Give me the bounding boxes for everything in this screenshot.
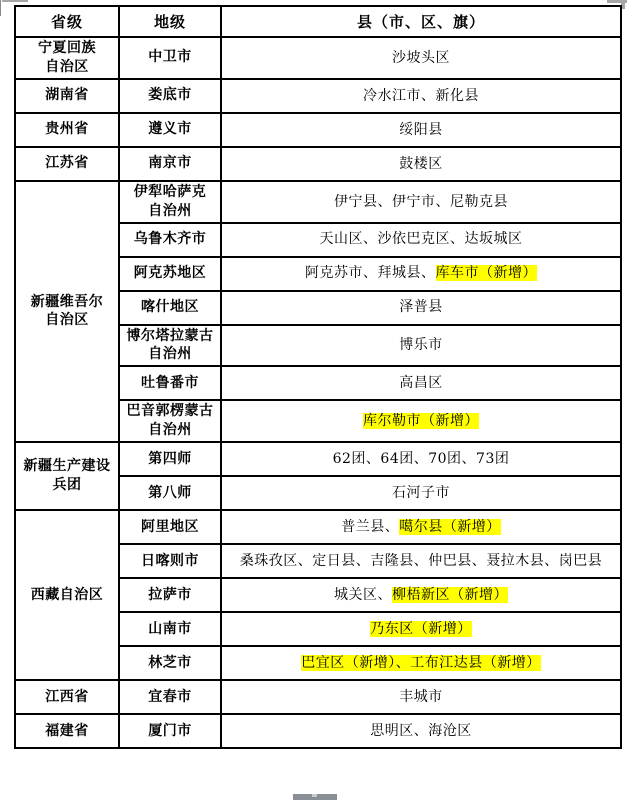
prefecture-cell: 日喀则市: [119, 544, 221, 578]
crop-artifact-top-left: [2, 0, 28, 2]
prefecture-cell: 第四师: [119, 442, 221, 476]
table-row: 贵州省遵义市绥阳县: [15, 113, 621, 147]
province-cell: 福建省: [15, 714, 119, 748]
table-row: 西藏自治区阿里地区普兰县、噶尔县（新增）: [15, 510, 621, 544]
county-cell: 鼓楼区: [221, 147, 621, 181]
province-cell: 湖南省: [15, 79, 119, 113]
prefecture-cell: 拉萨市: [119, 578, 221, 612]
prefecture-cell: 厦门市: [119, 714, 221, 748]
county-cell: 博乐市: [221, 325, 621, 367]
prefecture-cell: 喀什地区: [119, 291, 221, 325]
prefecture-cell: 中卫市: [119, 37, 221, 79]
county-segment-highlighted: 巴宜区（新增）、工布江达县（新增）: [301, 655, 541, 671]
document-page: { "colors": { "highlight": "#FFFF00", "b…: [0, 0, 633, 800]
county-cell: 乃东区（新增）: [221, 612, 621, 646]
province-cell: 贵州省: [15, 113, 119, 147]
page-indicator-partial[interactable]: [293, 794, 337, 800]
prefecture-cell: 吐鲁番市: [119, 366, 221, 400]
county-segment: 沙坡头区: [392, 50, 450, 66]
province-cell: 新疆维吾尔 自治区: [15, 181, 119, 442]
county-cell: 阿克苏市、拜城县、库车市（新增）: [221, 257, 621, 291]
crop-artifact-left-edge: [0, 0, 1, 16]
prefecture-cell: 伊犁哈萨克 自治州: [119, 181, 221, 223]
county-segment: 桑珠孜区、定日县、吉隆县、仲巴县、聂拉木县、岗巴县: [240, 553, 603, 569]
county-segment: 泽普县: [399, 299, 443, 315]
province-cell: 江苏省: [15, 147, 119, 181]
county-segment-highlighted: 库车市（新增）: [436, 265, 538, 281]
table-row: 湖南省娄底市冷水江市、新化县: [15, 79, 621, 113]
county-segment-highlighted: 乃东区（新增）: [370, 621, 472, 637]
prefecture-cell: 博尔塔拉蒙古 自治州: [119, 325, 221, 367]
admin-divisions-table: 省级 地级 县（市、区、旗） 宁夏回族 自治区中卫市沙坡头区湖南省娄底市冷水江市…: [14, 5, 622, 749]
county-cell: 62团、64团、70团、73团: [221, 442, 621, 476]
header-province: 省级: [15, 6, 119, 37]
county-segment-highlighted: 库尔勒市（新增）: [363, 413, 479, 429]
prefecture-cell: 娄底市: [119, 79, 221, 113]
county-segment: 伊宁县、伊宁市、尼勒克县: [334, 194, 508, 210]
county-cell: 冷水江市、新化县: [221, 79, 621, 113]
county-segment: 62团、64团、70团、73团: [333, 451, 510, 467]
county-segment-highlighted: 噶尔县（新增）: [399, 519, 501, 535]
prefecture-cell: 乌鲁木齐市: [119, 223, 221, 257]
prefecture-cell: 山南市: [119, 612, 221, 646]
county-cell: 沙坡头区: [221, 37, 621, 79]
county-segment: 城关区、: [334, 587, 392, 603]
province-cell: 江西省: [15, 680, 119, 714]
county-cell: 伊宁县、伊宁市、尼勒克县: [221, 181, 621, 223]
county-cell: 丰城市: [221, 680, 621, 714]
county-segment: 天山区、沙依巴克区、达坂城区: [320, 231, 523, 247]
county-cell: 思明区、海沧区: [221, 714, 621, 748]
table-row: 新疆生产建设 兵团第四师62团、64团、70团、73团: [15, 442, 621, 476]
table-row: 江西省宜春市丰城市: [15, 680, 621, 714]
province-cell: 新疆生产建设 兵团: [15, 442, 119, 510]
province-cell: 西藏自治区: [15, 510, 119, 680]
county-segment: 普兰县、: [341, 519, 399, 535]
prefecture-cell: 南京市: [119, 147, 221, 181]
header-county: 县（市、区、旗）: [221, 6, 621, 37]
page-indicator-notch: [312, 794, 317, 797]
county-segment: 鼓楼区: [399, 156, 443, 172]
county-segment-highlighted: 柳梧新区（新增）: [392, 587, 508, 603]
table-row: 福建省厦门市思明区、海沧区: [15, 714, 621, 748]
county-cell: 巴宜区（新增）、工布江达县（新增）: [221, 646, 621, 680]
county-segment: 博乐市: [399, 337, 443, 353]
county-cell: 库尔勒市（新增）: [221, 400, 621, 442]
prefecture-cell: 阿里地区: [119, 510, 221, 544]
header-prefecture: 地级: [119, 6, 221, 37]
prefecture-cell: 遵义市: [119, 113, 221, 147]
header-row: 省级 地级 县（市、区、旗）: [15, 6, 621, 37]
prefecture-cell: 宜春市: [119, 680, 221, 714]
province-cell: 宁夏回族 自治区: [15, 37, 119, 79]
table-row: 新疆维吾尔 自治区伊犁哈萨克 自治州伊宁县、伊宁市、尼勒克县: [15, 181, 621, 223]
table-header: 省级 地级 县（市、区、旗）: [15, 6, 621, 37]
county-cell: 天山区、沙依巴克区、达坂城区: [221, 223, 621, 257]
table-row: 江苏省南京市鼓楼区: [15, 147, 621, 181]
county-cell: 桑珠孜区、定日县、吉隆县、仲巴县、聂拉木县、岗巴县: [221, 544, 621, 578]
table-body: 宁夏回族 自治区中卫市沙坡头区湖南省娄底市冷水江市、新化县贵州省遵义市绥阳县江苏…: [15, 37, 621, 748]
county-cell: 绥阳县: [221, 113, 621, 147]
county-segment: 石河子市: [392, 485, 450, 501]
prefecture-cell: 阿克苏地区: [119, 257, 221, 291]
prefecture-cell: 第八师: [119, 476, 221, 510]
county-segment: 丰城市: [399, 689, 443, 705]
county-cell: 普兰县、噶尔县（新增）: [221, 510, 621, 544]
county-cell: 泽普县: [221, 291, 621, 325]
county-cell: 城关区、柳梧新区（新增）: [221, 578, 621, 612]
prefecture-cell: 巴音郭楞蒙古 自治州: [119, 400, 221, 442]
county-segment: 绥阳县: [399, 122, 443, 138]
table-row: 宁夏回族 自治区中卫市沙坡头区: [15, 37, 621, 79]
county-segment: 思明区、海沧区: [370, 723, 472, 739]
prefecture-cell: 林芝市: [119, 646, 221, 680]
county-segment: 冷水江市、新化县: [363, 88, 479, 104]
county-cell: 高昌区: [221, 366, 621, 400]
county-cell: 石河子市: [221, 476, 621, 510]
county-segment: 高昌区: [399, 375, 443, 391]
county-segment: 阿克苏市、拜城县、: [305, 265, 436, 281]
